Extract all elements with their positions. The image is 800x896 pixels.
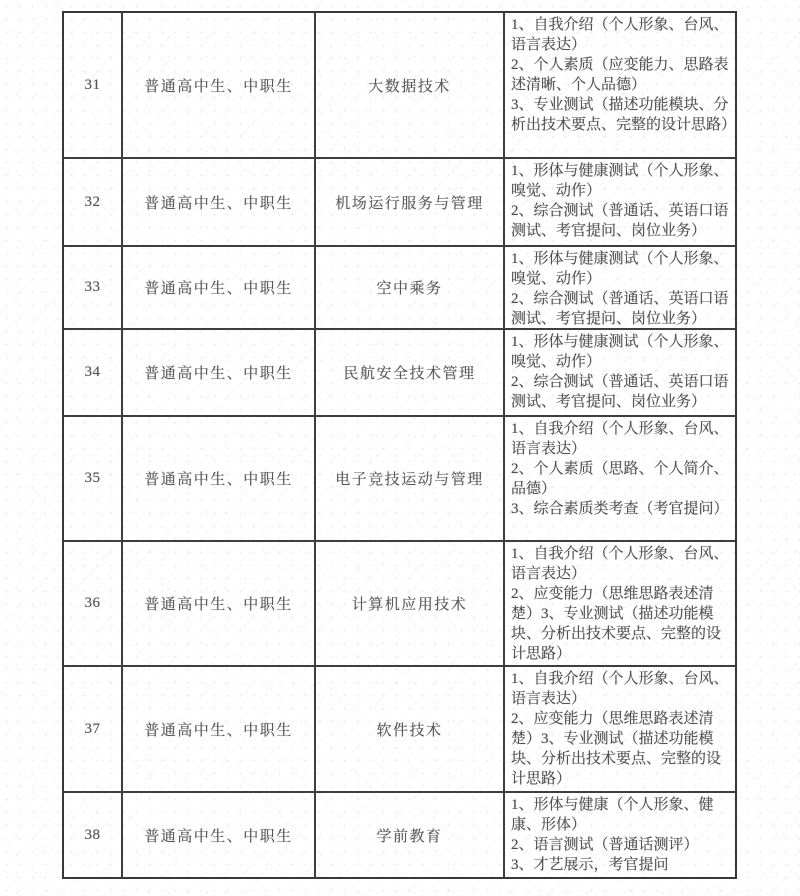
row-number-cell: 37 xyxy=(64,667,123,791)
test-item-text: 2、个人素质（应变能力、思路表述清晰、个人品德） xyxy=(511,55,731,95)
test-item-text: 1、形体与健康测试（个人形象、嗅觉、动作） xyxy=(511,161,731,201)
table-row: 36 普通高中生、中职生 计算机应用技术 1、自我介绍（个人形象、台风、语言表达… xyxy=(64,542,735,667)
test-item-text: 1、形体与健康测试（个人形象、嗅觉、动作） xyxy=(511,249,731,289)
row-number-cell: 38 xyxy=(64,793,123,877)
test-content-cell: 1、形体与健康测试（个人形象、嗅觉、动作）2、综合测试（普通话、英语口语测试、考… xyxy=(505,330,735,415)
test-item-text: 2、个人素质（思路、个人简介、品德） xyxy=(511,459,731,499)
test-item-text: 2、应变能力（思维思路表述清楚）3、专业测试（描述功能模块、分析出技术要点、完整… xyxy=(511,584,731,664)
test-content-cell: 1、形体与健康测试（个人形象、嗅觉、动作）2、综合测试（普通话、英语口语测试、考… xyxy=(505,247,735,328)
test-item-text: 1、自我介绍（个人形象、台风、语言表达） xyxy=(511,544,731,584)
student-type-cell: 普通高中生、中职生 xyxy=(123,159,316,245)
major-name-cell: 民航安全技术管理 xyxy=(316,330,505,415)
test-item-text: 1、自我介绍（个人形象、台风、语言表达） xyxy=(511,419,731,459)
major-name-cell: 电子竞技运动与管理 xyxy=(316,417,505,540)
test-content-cell: 1、自我介绍（个人形象、台风、语言表达）2、个人素质（思路、个人简介、品德）3、… xyxy=(505,417,735,540)
test-item-text: 1、形体与健康（个人形象、健康、形体） xyxy=(511,795,731,835)
student-type-cell: 普通高中生、中职生 xyxy=(123,247,316,328)
test-item-text: 1、自我介绍（个人形象、台风、语言表达） xyxy=(511,669,731,709)
student-type-cell: 普通高中生、中职生 xyxy=(123,793,316,877)
test-item-text: 2、综合测试（普通话、英语口语测试、考官提问、岗位业务） xyxy=(511,289,731,328)
student-type-cell: 普通高中生、中职生 xyxy=(123,667,316,791)
test-item-text: 2、综合测试（普通话、英语口语测试、考官提问、岗位业务） xyxy=(511,201,731,241)
test-content-cell: 1、形体与健康（个人形象、健康、形体）2、语言测试（普通话测评）3、才艺展示，考… xyxy=(505,793,735,877)
row-number-cell: 34 xyxy=(64,330,123,415)
test-item-text: 2、综合测试（普通话、英语口语测试、考官提问、岗位业务） xyxy=(511,372,731,412)
major-name-cell: 大数据技术 xyxy=(316,13,505,157)
major-name-cell: 软件技术 xyxy=(316,667,505,791)
test-item-text: 3、综合素质类考查（考官提问） xyxy=(511,499,731,519)
test-item-text: 3、专业测试（描述功能模块、分析出技术要点、完整的设计思路） xyxy=(511,95,731,135)
test-item-text: 3、才艺展示，考官提问 xyxy=(511,855,731,875)
scanned-document-page: { "colors": { "page_background": "#fffff… xyxy=(0,0,800,896)
row-number-cell: 32 xyxy=(64,159,123,245)
row-number-cell: 36 xyxy=(64,542,123,665)
table-row: 31 普通高中生、中职生 大数据技术 1、自我介绍（个人形象、台风、语言表达）2… xyxy=(64,13,735,159)
test-content-cell: 1、自我介绍（个人形象、台风、语言表达）2、应变能力（思维思路表述清楚）3、专业… xyxy=(505,542,735,665)
table-row: 37 普通高中生、中职生 软件技术 1、自我介绍（个人形象、台风、语言表达）2、… xyxy=(64,667,735,793)
table-row: 35 普通高中生、中职生 电子竞技运动与管理 1、自我介绍（个人形象、台风、语言… xyxy=(64,417,735,542)
row-number-cell: 31 xyxy=(64,13,123,157)
table-row: 34 普通高中生、中职生 民航安全技术管理 1、形体与健康测试（个人形象、嗅觉、… xyxy=(64,330,735,417)
student-type-cell: 普通高中生、中职生 xyxy=(123,13,316,157)
student-type-cell: 普通高中生、中职生 xyxy=(123,542,316,665)
major-name-cell: 学前教育 xyxy=(316,793,505,877)
test-content-cell: 1、自我介绍（个人形象、台风、语言表达）2、个人素质（应变能力、思路表述清晰、个… xyxy=(505,13,735,157)
table-row: 32 普通高中生、中职生 机场运行服务与管理 1、形体与健康测试（个人形象、嗅觉… xyxy=(64,159,735,247)
test-content-cell: 1、自我介绍（个人形象、台风、语言表达）2、应变能力（思维思路表述清楚）3、专业… xyxy=(505,667,735,791)
test-item-text: 1、自我介绍（个人形象、台风、语言表达） xyxy=(511,15,731,55)
test-content-cell: 1、形体与健康测试（个人形象、嗅觉、动作）2、综合测试（普通话、英语口语测试、考… xyxy=(505,159,735,245)
table-row: 33 普通高中生、中职生 空中乘务 1、形体与健康测试（个人形象、嗅觉、动作）2… xyxy=(64,247,735,330)
major-name-cell: 机场运行服务与管理 xyxy=(316,159,505,245)
test-item-text: 2、应变能力（思维思路表述清楚）3、专业测试（描述功能模块、分析出技术要点、完整… xyxy=(511,709,731,789)
major-name-cell: 计算机应用技术 xyxy=(316,542,505,665)
student-type-cell: 普通高中生、中职生 xyxy=(123,330,316,415)
test-item-text: 1、形体与健康测试（个人形象、嗅觉、动作） xyxy=(511,332,731,372)
student-type-cell: 普通高中生、中职生 xyxy=(123,417,316,540)
table-row: 38 普通高中生、中职生 学前教育 1、形体与健康（个人形象、健康、形体）2、语… xyxy=(64,793,735,877)
major-name-cell: 空中乘务 xyxy=(316,247,505,328)
row-number-cell: 35 xyxy=(64,417,123,540)
admissions-test-table: 31 普通高中生、中职生 大数据技术 1、自我介绍（个人形象、台风、语言表达）2… xyxy=(62,11,737,879)
row-number-cell: 33 xyxy=(64,247,123,328)
test-item-text: 2、语言测试（普通话测评） xyxy=(511,835,731,855)
